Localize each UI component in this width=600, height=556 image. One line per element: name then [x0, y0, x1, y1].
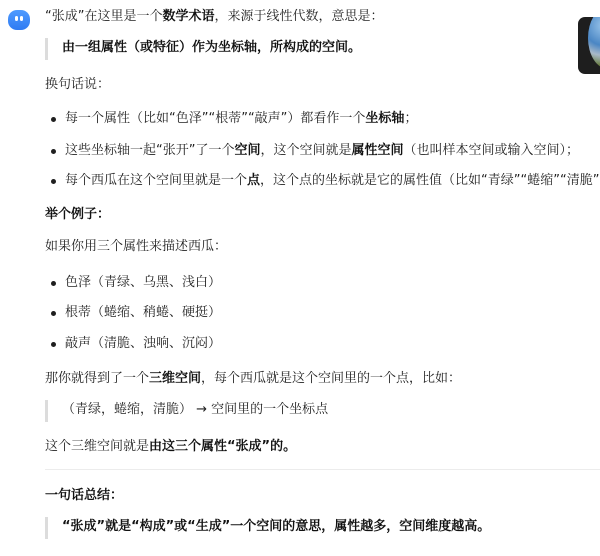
- point-quote: （青绿，蜷缩，清脆） → 空间里的一个坐标点: [45, 400, 328, 422]
- summary-quote: “张成”就是“构成”或“生成”一个空间的意思，属性越多，空间维度越高。: [45, 517, 490, 539]
- intro-text-end: ，来源于线性代数，意思是：: [215, 9, 384, 24]
- bullet-icon: [51, 179, 56, 184]
- bullet-text: 这些坐标轴一起“张开”了一个: [65, 143, 234, 158]
- summary-heading: 一句话总结：: [45, 486, 123, 506]
- result-text: 那你就得到了一个: [45, 371, 149, 386]
- bullet-bold: 坐标轴: [365, 111, 404, 126]
- avatar-eye-icon: [20, 16, 23, 21]
- bullet-icon: [51, 311, 56, 316]
- point-quote-text: （青绿，蜷缩，清脆） → 空间里的一个坐标点: [62, 402, 328, 417]
- result-text-end: ，每个西瓜就是这个空间里的一个点，比如：: [201, 371, 461, 386]
- bullet-icon: [51, 281, 56, 286]
- example-heading: 举个例子：: [45, 205, 110, 225]
- example-intro: 如果你用三个属性来描述西瓜：: [45, 237, 227, 257]
- bullet-text: （也叫样本空间或输入空间）；: [404, 143, 580, 158]
- landscape-thumbnail-icon: [588, 17, 600, 69]
- bullet-text: 敲声（清脆、浊响、沉闷）: [65, 336, 221, 351]
- bullet-bold: 空间: [234, 143, 260, 158]
- bullet-text: ，这个空间就是: [261, 143, 352, 158]
- intro-bold: 数学术语: [162, 9, 214, 24]
- intro-text: “张成”在这里是一个: [45, 9, 162, 24]
- bullet-icon: [51, 342, 56, 347]
- bullet-text: 根蒂（蜷缩、稍蜷、硬挺）: [65, 305, 221, 320]
- list-item: 色泽（青绿、乌黑、浅白）: [65, 273, 221, 293]
- bullet-text: 每个西瓜在这个空间里就是一个: [65, 173, 247, 188]
- bullet-text: ；: [404, 111, 417, 126]
- result-paragraph: 那你就得到了一个三维空间，每个西瓜就是这个空间里的一个点，比如：: [45, 369, 461, 389]
- summary-text: “张成”就是“构成”或“生成”一个空间的意思，属性越多，空间维度越高。: [62, 519, 490, 534]
- bullet-text: 每一个属性（比如“色泽”“根蒂”“敲声”）都看作一个: [65, 111, 365, 126]
- bullet-bold: 点: [247, 173, 260, 188]
- list-item: 这些坐标轴一起“张开”了一个空间，这个空间就是属性空间（也叫样本空间或输入空间）…: [65, 141, 579, 161]
- bullet-bold: 属性空间: [352, 143, 404, 158]
- side-thumbnail[interactable]: [578, 17, 600, 74]
- in-other-words: 换句话说：: [45, 75, 110, 95]
- definition-text: 由一组属性（或特征）作为坐标轴，所构成的空间。: [62, 40, 361, 55]
- list-item: 敲声（清脆、浊响、沉闷）: [65, 334, 221, 354]
- divider: [45, 469, 600, 470]
- list-item: 根蒂（蜷缩、稍蜷、硬挺）: [65, 303, 221, 323]
- intro-paragraph: “张成”在这里是一个数学术语，来源于线性代数，意思是：: [45, 7, 384, 27]
- avatar-eye-icon: [15, 16, 18, 21]
- conclusion-paragraph: 这个三维空间就是由这三个属性“张成”的。: [45, 437, 296, 457]
- bullet-icon: [51, 149, 56, 154]
- list-item: 每一个属性（比如“色泽”“根蒂”“敲声”）都看作一个坐标轴；: [65, 109, 417, 129]
- bullet-text: 色泽（青绿、乌黑、浅白）: [65, 275, 221, 290]
- definition-quote: 由一组属性（或特征）作为坐标轴，所构成的空间。: [45, 38, 361, 60]
- conclusion-text: 这个三维空间就是: [45, 439, 149, 454]
- conclusion-bold: 由这三个属性“张成”的。: [149, 439, 296, 454]
- list-item: 每个西瓜在这个空间里就是一个点，这个点的坐标就是它的属性值（比如“青绿”“蜷缩”…: [65, 171, 600, 191]
- bullet-icon: [51, 117, 56, 122]
- result-bold: 三维空间: [149, 371, 201, 386]
- bullet-text: ，这个点的坐标就是它的属性值（比如“青绿”“蜷缩”“清脆”）: [260, 173, 600, 188]
- assistant-avatar: [8, 10, 30, 30]
